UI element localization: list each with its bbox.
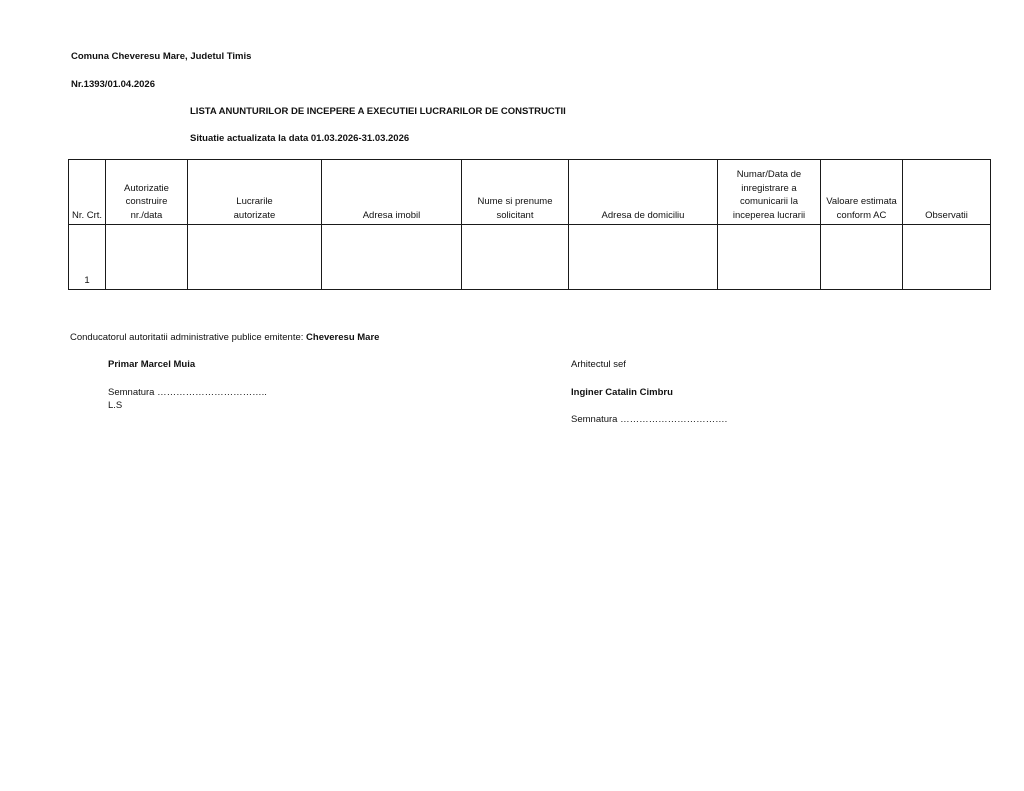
mayor-signature: Semnatura …………………………….. [108, 387, 267, 398]
col-header-nr-crt: Nr. Crt. [69, 160, 106, 225]
col-header-authorization: Autorizatie construire nr./data [106, 160, 188, 225]
col-header-works: Lucrarile autorizate [188, 160, 322, 225]
mayor-name: Primar Marcel Muia [108, 359, 195, 370]
col-header-observations: Observatii [903, 160, 991, 225]
table-header-row: Nr. Crt. Autorizatie construire nr./data… [69, 160, 991, 225]
cell-property-address [322, 225, 462, 290]
cell-works [188, 225, 322, 290]
document-title: LISTA ANUNTURILOR DE INCEPERE A EXECUTIE… [190, 106, 566, 117]
institution-name: Comuna Cheveresu Mare, Judetul Timis [71, 51, 251, 62]
authority-label: Conducatorul autoritatii administrative … [70, 332, 306, 343]
cell-authorization [106, 225, 188, 290]
seal-mark: L.S [108, 400, 122, 411]
col-header-registration: Numar/Data de inregistrare a comunicarii… [718, 160, 821, 225]
reference-number: Nr.1393/01.04.2026 [71, 79, 155, 90]
architect-name: Inginer Catalin Cimbru [571, 387, 673, 398]
cell-applicant-name [462, 225, 569, 290]
col-header-applicant-name: Nume si prenume solicitant [462, 160, 569, 225]
col-header-home-address: Adresa de domiciliu [569, 160, 718, 225]
cell-observations [903, 225, 991, 290]
architect-title: Arhitectul sef [571, 359, 626, 370]
authority-name: Cheveresu Mare [306, 332, 379, 343]
col-header-estimated-value: Valoare estimata conform AC [821, 160, 903, 225]
col-header-property-address: Adresa imobil [322, 160, 462, 225]
authority-line: Conducatorul autoritatii administrative … [70, 332, 379, 343]
architect-signature: Semnatura ……………………………. [571, 414, 727, 425]
cell-registration [718, 225, 821, 290]
cell-home-address [569, 225, 718, 290]
cell-nr-crt: 1 [69, 225, 106, 290]
document-subtitle: Situatie actualizata la data 01.03.2026-… [190, 133, 409, 144]
announcements-table: Nr. Crt. Autorizatie construire nr./data… [68, 159, 991, 290]
table-row: 1 [69, 225, 991, 290]
cell-estimated-value [821, 225, 903, 290]
